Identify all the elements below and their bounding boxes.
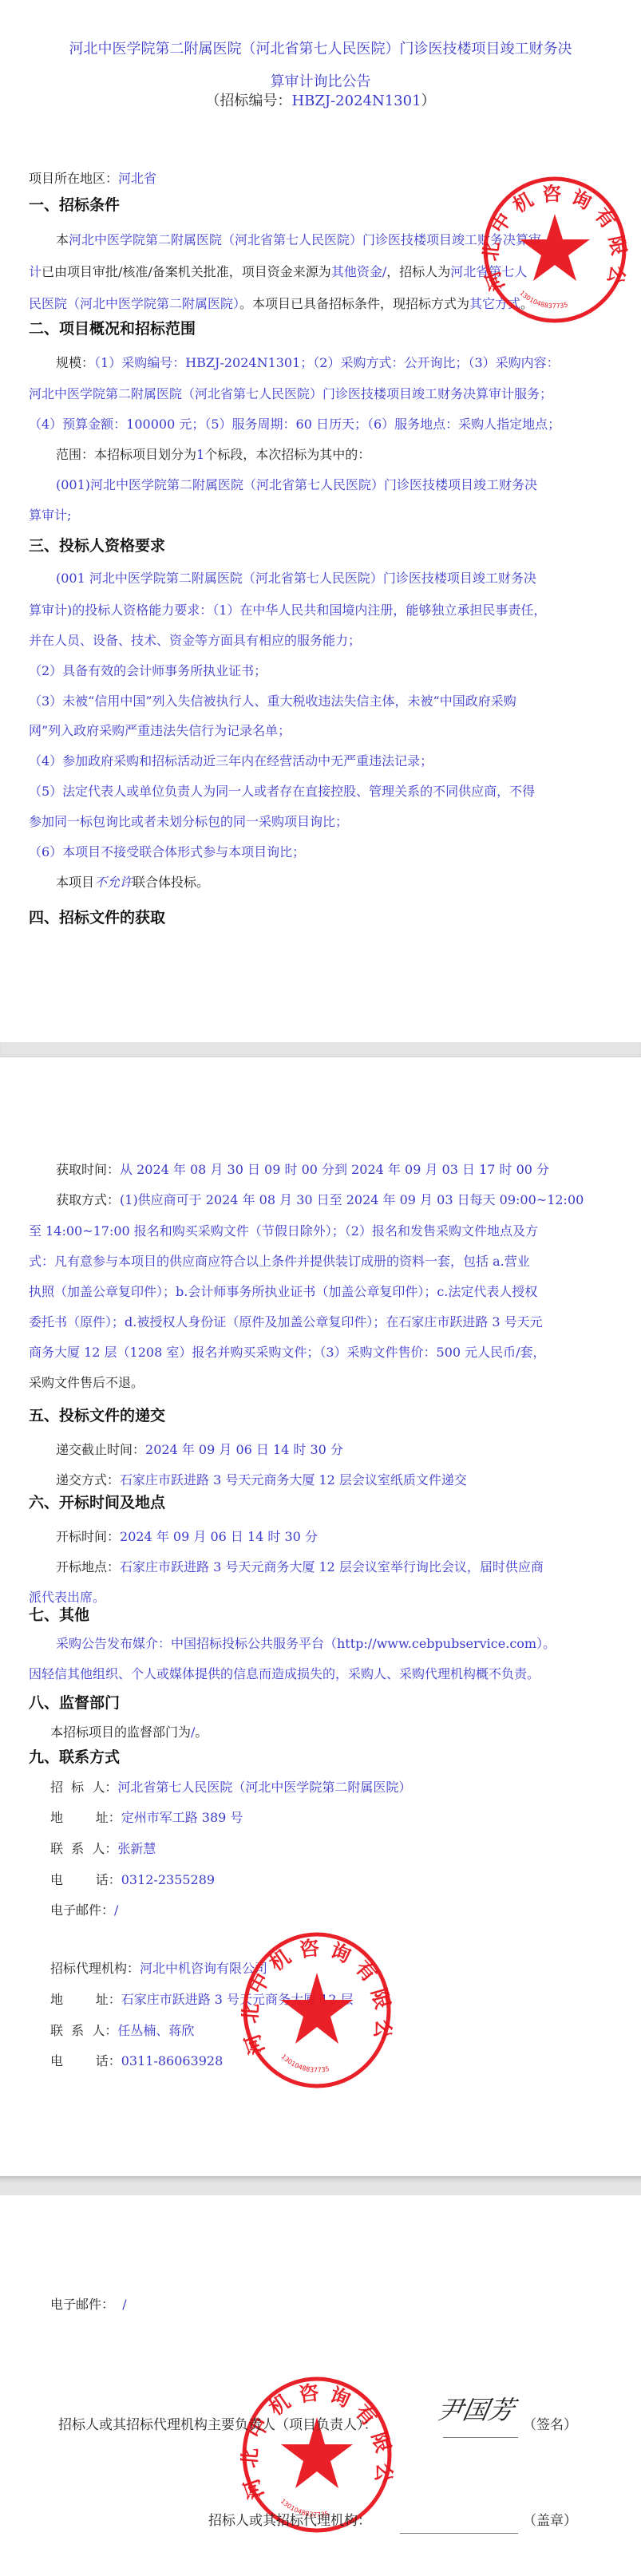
text-span: 规模： <box>56 355 94 370</box>
text-span: 任丛楠、蒋欣 <box>117 2023 194 2038</box>
text-span: 其它方式 <box>469 296 520 311</box>
section-heading-9: 九、联系方式 <box>29 1748 120 1767</box>
text-span: 本项目 <box>56 875 94 890</box>
text-span: 开标地点： <box>56 1559 120 1574</box>
seal-underline <box>400 2533 518 2534</box>
s6-time: 开标时间：2024 年 09 月 06 日 14 时 30 分 <box>56 1529 318 1545</box>
text-span: 递交截止时间： <box>56 1442 145 1457</box>
s5-method: 递交方式：石家庄市跃进路 3 号天元商务大厦 12 层会议室纸质文件递交 <box>56 1472 467 1488</box>
svg-text:1301048837735: 1301048837735 <box>280 2053 330 2074</box>
s6-place-line2: 派代表出席。 <box>29 1590 105 1606</box>
text-span: / <box>122 2297 126 2312</box>
section-heading-1: 一、招标条件 <box>29 196 120 215</box>
s5-deadline: 递交截止时间：2024 年 09 月 06 日 14 时 30 分 <box>56 1442 343 1458</box>
section-heading-5: 五、投标文件的递交 <box>29 1406 165 1425</box>
text-span: 电 话： <box>50 2053 121 2068</box>
text-span: 获取时间： <box>56 1162 120 1177</box>
text-span: 民医院（河北中医学院第二附属医院） <box>29 296 239 311</box>
text-span: 联 系 人： <box>50 2023 117 2038</box>
text-span: 。本项目已具备招标条件，现招标方式为 <box>239 296 469 311</box>
s4-method-line7: 采购文件售后不退。 <box>29 1375 144 1391</box>
text-span: 河北中医学院第二附属医院（河北省第七人民医院）门诊医技楼项目竣工财务决算审 <box>69 232 541 247</box>
text-span: 电子邮件： <box>50 2297 114 2312</box>
page-separator <box>0 1042 641 1057</box>
s2-lot-line2: 算审计; <box>29 508 71 523</box>
text-span: 联 系 人： <box>50 1841 117 1856</box>
text-span: 张新慧 <box>117 1841 156 1856</box>
tenderer-phone: 电 话：0312-2355289 <box>50 1872 215 1888</box>
s3-req-3-line2: 网”列入政府采购严重违法失信行为记录名单； <box>29 723 291 739</box>
s3-req-6: （6）本项目不接受联合体形式参与本项目询比； <box>29 844 305 860</box>
svg-text:河北中机咨询有限公司: 河北中机咨询有限公司 <box>240 2376 394 2502</box>
signature-suffix: （签名） <box>523 2417 577 2433</box>
section-heading-2: 二、项目概况和招标范围 <box>29 319 196 338</box>
s2-range-line: 范围：本招标项目划分为1个标段，本次招标为其中的： <box>56 447 370 463</box>
text-span: 河北省第七人 <box>450 264 527 279</box>
text-span: 定州市军工路 389 号 <box>121 1810 243 1825</box>
agency-address: 地 址：石家庄市跃进路 3 号天元商务大厦 12 层 <box>50 1992 354 2008</box>
text-span: 石家庄市跃进路 3 号天元商务大厦 12 层 <box>121 1992 354 2007</box>
agency-phone: 电 话：0311-86063928 <box>50 2053 223 2069</box>
s3-consortium: 本项目不允许联合体投标。 <box>56 875 209 891</box>
s2-scale-line2: 河北中医学院第二附属医院（河北省第七人民医院）门诊医技楼项目竣工财务决算审计服务… <box>29 386 552 402</box>
region-value: 河北省 <box>118 171 156 186</box>
s4-method-line3: 式：凡有意参与本项目的供应商应符合以上条件并提供装订成册的资料一套，包括 a.营… <box>29 1254 530 1270</box>
tenderer-address: 地 址：定州市军工路 389 号 <box>50 1810 243 1826</box>
text-span: 个标段，本次招标为其中的： <box>204 447 370 462</box>
tender-number-value: HBZJ-2024N1301 <box>291 93 421 109</box>
seal-suffix: （盖章） <box>523 2513 577 2529</box>
s6-place-line1: 开标地点：石家庄市跃进路 3 号天元商务大厦 12 层会议室举行询比会议，届时供… <box>56 1559 544 1575</box>
s2-scale-line1: 规模：（1）采购编号：HBZJ-2024N1301；（2）采购方式：公开询比；（… <box>56 355 560 371</box>
notice-title-line2: 算审计询比公告 <box>0 73 641 91</box>
text-span: 招 标 人： <box>50 1780 117 1795</box>
s4-method-line2: 至 14:00~17:00 报名和购买采购文件（节假日除外）；（2）报名和发售采… <box>29 1223 538 1239</box>
tender-number-line: （招标编号：HBZJ-2024N1301） <box>0 93 641 110</box>
section-heading-6: 六、开标时间及地点 <box>29 1493 165 1512</box>
s4-method-line6: 商务大厦 12 层（1208 室）报名并购买采购文件；（3）采购文件售价：500… <box>29 1345 546 1361</box>
section-heading-4: 四、招标文件的获取 <box>29 908 165 927</box>
text-span: 2024 年 09 月 06 日 14 时 30 分 <box>145 1442 343 1457</box>
text-span: 地 址： <box>50 1992 121 2007</box>
seal-org-label: 招标人或其招标代理机构： <box>208 2513 371 2529</box>
s3-req-4: （4）参加政府采购和招标活动近三年内在经营活动中无严重违法记录； <box>29 753 433 769</box>
s8-text: 本招标项目的监督部门为/。 <box>50 1725 208 1740</box>
text-span: 计 <box>29 264 42 279</box>
s7-media-line2: 因轻信其他组织、个人或媒体提供的信息而造成损失的，采购人、采购代理机构概不负责。 <box>29 1666 540 1682</box>
notice-title-line1: 河北中医学院第二附属医院（河北省第七人民医院）门诊医技楼项目竣工财务决 <box>0 41 641 58</box>
text-span: 不允许 <box>94 875 133 890</box>
s7-media-line1: 采购公告发布媒介：中国招标投标公共服务平台（http://www.cebpubs… <box>56 1636 556 1652</box>
text-span: 河北中机咨询有限公司 <box>140 1961 267 1976</box>
tender-number-close: ） <box>421 93 436 109</box>
tenderer-contact: 联 系 人：张新慧 <box>50 1841 156 1857</box>
region-label: 项目所在地区： <box>29 171 118 186</box>
tender-number-label: （招标编号： <box>205 93 291 109</box>
text-span: 其他资金/ <box>331 264 386 279</box>
text-span: 1 <box>196 447 204 462</box>
s3-req-5-line1: （5）法定代表人或单位负责人为同一人或者存在直接控股、管理关系的不同供应商，不得 <box>29 784 535 800</box>
s1-paragraph-line2: 计已由项目审批/核准/备案机关批准，项目资金来源为其他资金/，招标人为河北省第七… <box>29 264 527 280</box>
text-span: 电子邮件： <box>50 1902 114 1918</box>
page-separator <box>0 2176 641 2195</box>
text-span: / <box>114 1902 118 1918</box>
text-span: 。 <box>520 296 533 311</box>
s2-scale-line3: （4）预算金额：100000 元；（5）服务周期：60 日历天；（6）服务地点：… <box>29 417 560 433</box>
project-region: 项目所在地区：河北省 <box>29 171 156 187</box>
text-span: 开标时间： <box>56 1529 120 1544</box>
company-seal-stamp-icon: 河北中机咨询有限公司 1301048837735 <box>241 1931 393 2089</box>
s3-req-3-line1: （3）未被“信用中国”列入失信被执行人、重大税收违法失信主体，未被“中国政府采购 <box>29 693 516 709</box>
agency-email: 电子邮件： / <box>50 2297 127 2313</box>
s4-time: 获取时间：从 2024 年 08 月 30 日 09 时 00 分到 2024 … <box>56 1162 549 1178</box>
company-seal-stamp-icon: 河北中机咨询有限公司 1301048837735 <box>240 2376 394 2534</box>
text-span: ，招标人为 <box>386 264 450 279</box>
section-heading-8: 八、监督部门 <box>29 1693 120 1713</box>
text-span: 石家庄市跃进路 3 号天元商务大厦 12 层会议室纸质文件递交 <box>120 1472 467 1488</box>
text-span: 。 <box>195 1725 208 1740</box>
text-span: 2024 年 09 月 06 日 14 时 30 分 <box>120 1529 318 1544</box>
signature-head-label: 招标人或其招标代理机构主要负责人（项目负责人）： <box>58 2417 378 2433</box>
s1-paragraph-line1: 本河北中医学院第二附属医院（河北省第七人民医院）门诊医技楼项目竣工财务决算审 <box>56 232 541 248</box>
tenderer-email: 电子邮件：/ <box>50 1902 118 1918</box>
text-span: 地 址： <box>50 1810 121 1825</box>
text-span: 0311-86063928 <box>121 2053 224 2068</box>
s3-req-5-line2: 参加同一标包询比或者未划分标包的同一采购项目询比； <box>29 814 348 830</box>
agency-name: 招标代理机构：河北中机咨询有限公司 <box>50 1961 267 1977</box>
text-span: 招标代理机构： <box>50 1961 140 1976</box>
s3-req-line3: 并在人员、设备、技术、资金等方面具有相应的服务能力； <box>29 633 361 649</box>
text-span: （1）采购编号：HBZJ-2024N1301；（2）采购方式：公开询比；（3）采… <box>94 355 560 370</box>
section-heading-7: 七、其他 <box>29 1606 89 1625</box>
text-span: 范围：本招标项目划分为 <box>56 447 196 462</box>
text-span: (1)供应商可于 2024 年 08 月 30 日至 2024 年 09 月 0… <box>120 1192 584 1207</box>
s4-method-line4: 执照（加盖公章复印件）；b.会计师事务所执业证书（加盖公章复印件）；c.法定代表… <box>29 1284 537 1300</box>
s2-lot-line1: (001)河北中医学院第二附属医院（河北省第七人民医院）门诊医技楼项目竣工财务决 <box>56 477 537 493</box>
text-span: 获取方式： <box>56 1192 120 1207</box>
section-heading-3: 三、投标人资格要求 <box>29 536 165 555</box>
handwritten-signature: 尹国芳 <box>434 2394 516 2426</box>
text-span: 石家庄市跃进路 3 号天元商务大厦 12 层会议室举行询比会议，届时供应商 <box>120 1559 544 1574</box>
s4-method-line5: 委托书（原件）；d.被授权人身份证（原件及加盖公章复印件）；在石家庄市跃进路 3… <box>29 1314 543 1330</box>
tenderer-name: 招 标 人：河北省第七人民医院（河北中医学院第二附属医院） <box>50 1780 411 1796</box>
s3-req-2: （2）具备有效的会计师事务所执业证书； <box>29 663 267 679</box>
agency-contact: 联 系 人：任丛楠、蒋欣 <box>50 2023 194 2039</box>
text-span: 联合体投标。 <box>133 875 209 890</box>
signature-underline <box>443 2437 518 2438</box>
s4-method-line1: 获取方式：(1)供应商可于 2024 年 08 月 30 日至 2024 年 0… <box>56 1192 584 1208</box>
text-span: 本 <box>56 232 69 247</box>
text-span: 河北省第七人民医院（河北中医学院第二附属医院） <box>117 1780 411 1795</box>
text-span: 递交方式： <box>56 1472 120 1488</box>
s3-req-line2: 算审计)的投标人资格能力要求：（1）在中华人民共和国境内注册，能够独立承担民事责… <box>29 603 546 618</box>
s1-paragraph-line3: 民医院（河北中医学院第二附属医院）。本项目已具备招标条件，现招标方式为其它方式。 <box>29 296 533 312</box>
text-span: 从 2024 年 08 月 30 日 09 时 00 分到 2024 年 09 … <box>120 1162 549 1177</box>
text-span: 本招标项目的监督部门为 <box>50 1725 191 1740</box>
s3-req-line1: (001 河北中医学院第二附属医院（河北省第七人民医院）门诊医技楼项目竣工财务决 <box>56 571 536 587</box>
text-span: 电 话： <box>50 1872 121 1887</box>
text-span: 0312-2355289 <box>121 1872 215 1887</box>
text-span: 已由项目审批/核准/备案机关批准，项目资金来源为 <box>42 264 331 279</box>
